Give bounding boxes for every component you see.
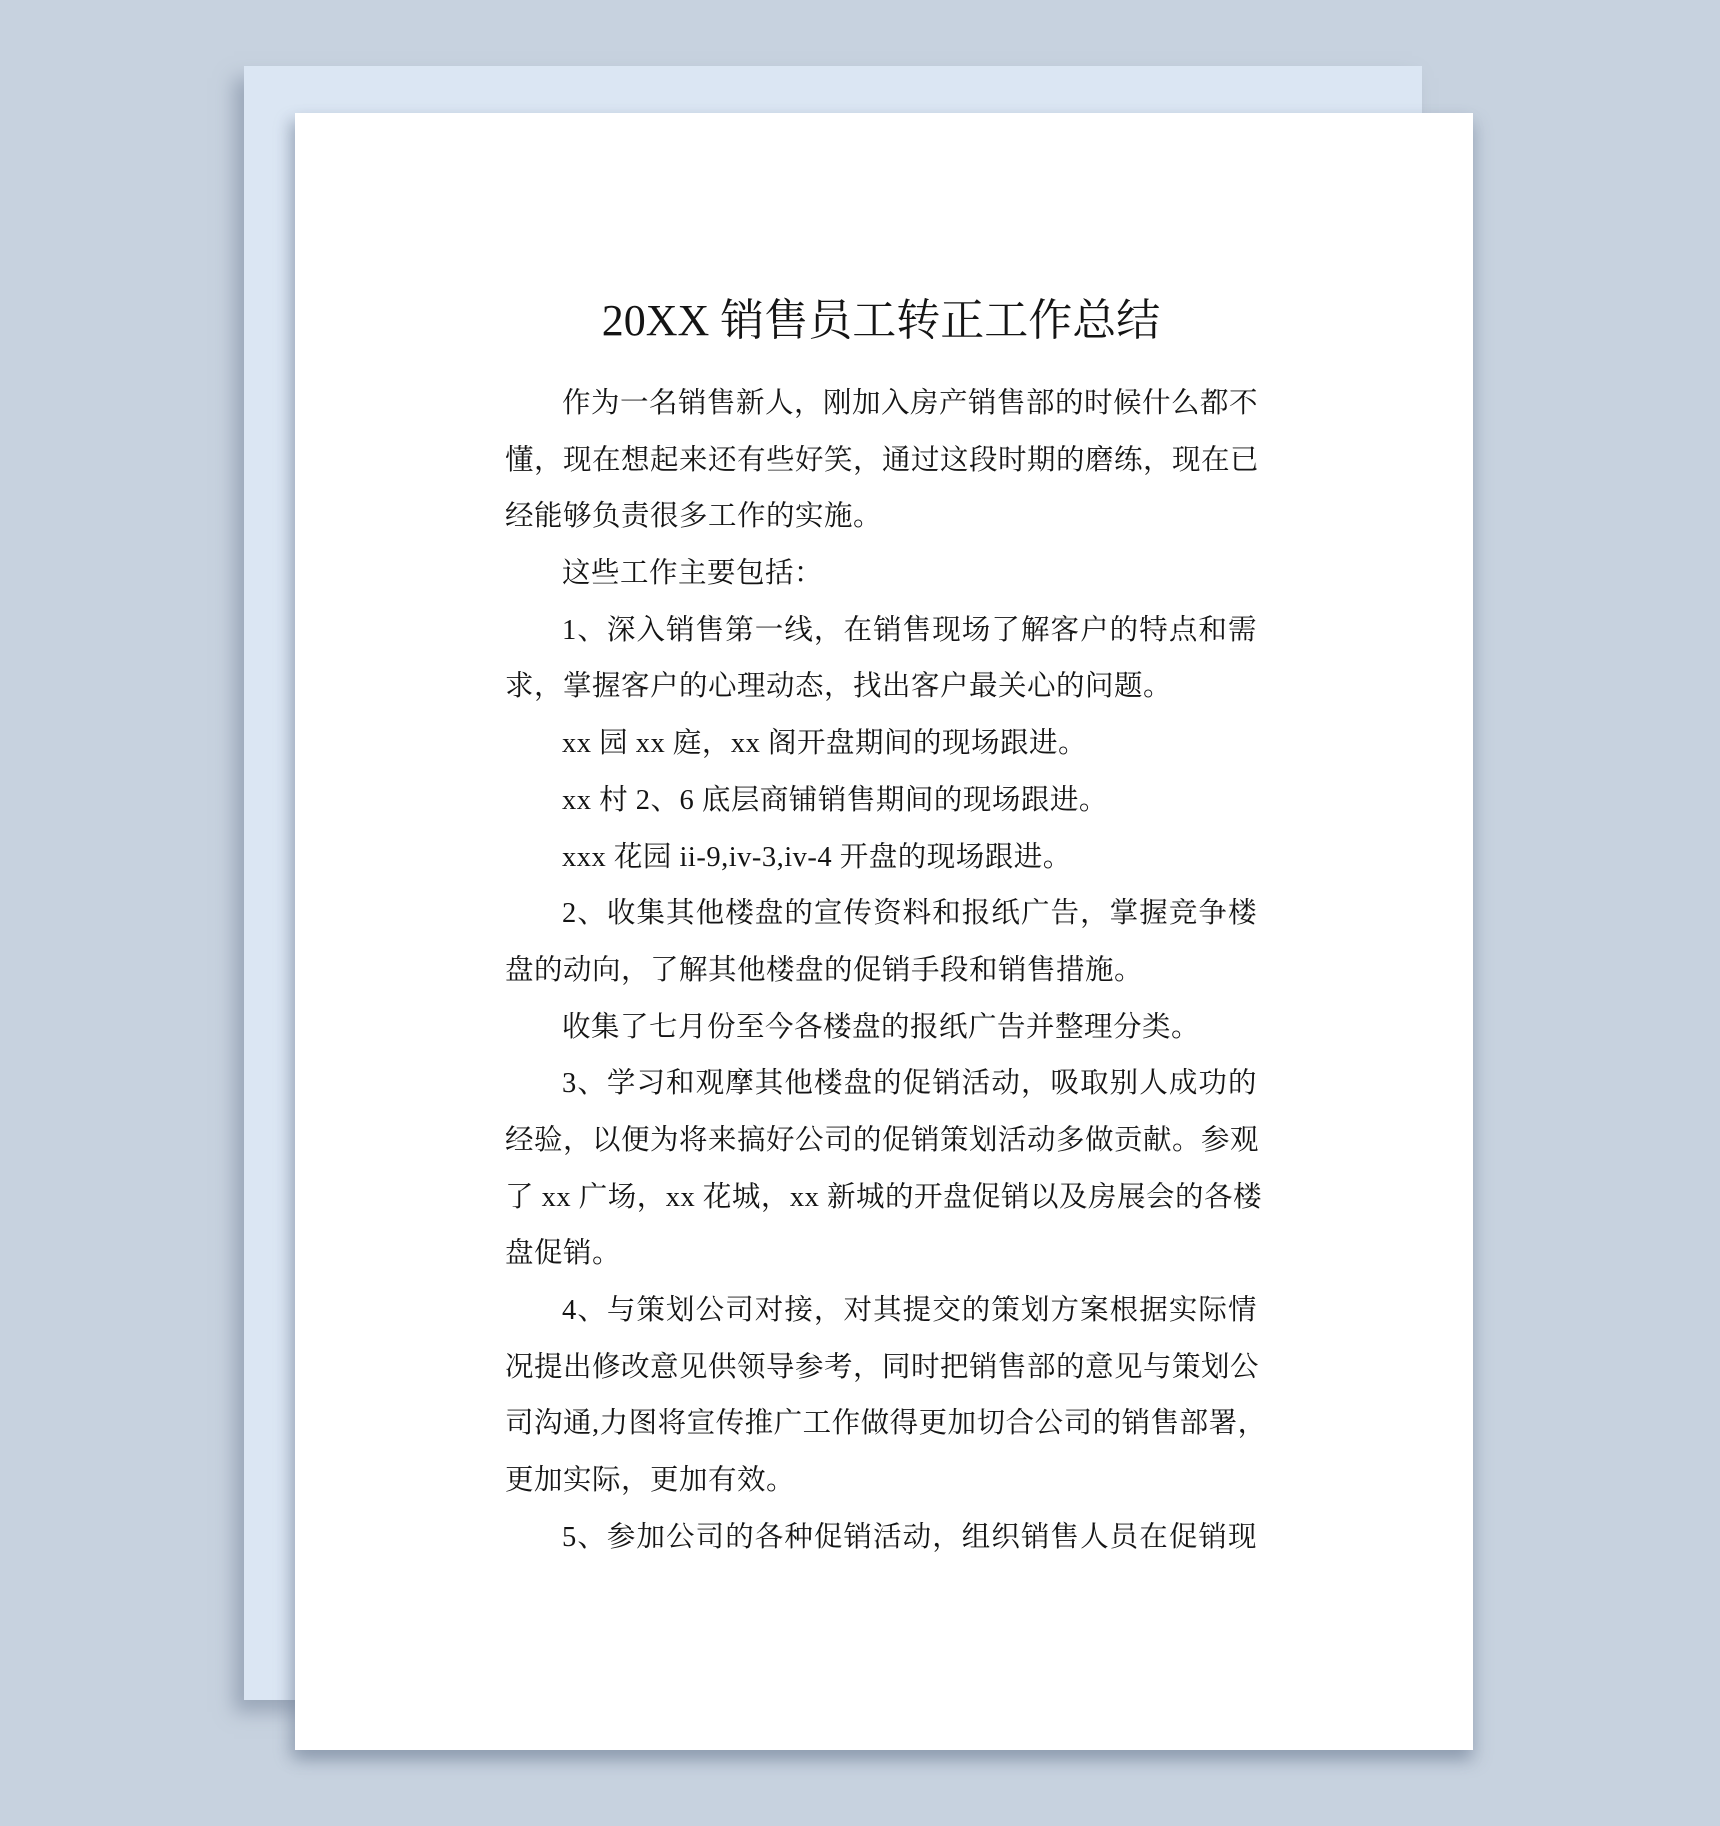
document-content: 20XX 销售员工转正工作总结 作为一名销售新人，刚加入房产销售部的时候什么都不… <box>505 291 1257 1566</box>
text-line: 了 xx 广场，xx 花城，xx 新城的开盘促销以及房展会的各楼 <box>505 1170 1257 1227</box>
text-line: xx 村 2、6 底层商铺销售期间的现场跟进。 <box>505 773 1257 830</box>
text-line: 1、深入销售第一线，在销售现场了解客户的特点和需 <box>505 603 1257 660</box>
text-line: 收集了七月份至今各楼盘的报纸广告并整理分类。 <box>505 1000 1257 1057</box>
document-body: 作为一名销售新人，刚加入房产销售部的时候什么都不懂，现在想起来还有些好笑，通过这… <box>505 376 1257 1566</box>
text-line: 3、学习和观摩其他楼盘的促销活动，吸取别人成功的 <box>505 1056 1257 1113</box>
text-line: 懂，现在想起来还有些好笑，通过这段时期的磨练，现在已 <box>505 433 1257 490</box>
text-line: 5、参加公司的各种促销活动，组织销售人员在促销现 <box>505 1510 1257 1567</box>
text-line: 求，掌握客户的心理动态，找出客户最关心的问题。 <box>505 659 1257 716</box>
text-line: 这些工作主要包括： <box>505 546 1257 603</box>
document-page: 20XX 销售员工转正工作总结 作为一名销售新人，刚加入房产销售部的时候什么都不… <box>295 113 1473 1750</box>
text-line: 盘促销。 <box>505 1226 1257 1283</box>
text-line: 经验，以便为将来搞好公司的促销策划活动多做贡献。参观 <box>505 1113 1257 1170</box>
text-line: xx 园 xx 庭，xx 阁开盘期间的现场跟进。 <box>505 716 1257 773</box>
text-line: 4、与策划公司对接，对其提交的策划方案根据实际情 <box>505 1283 1257 1340</box>
text-line: 盘的动向，了解其他楼盘的促销手段和销售措施。 <box>505 943 1257 1000</box>
text-line: 作为一名销售新人，刚加入房产销售部的时候什么都不 <box>505 376 1257 433</box>
text-line: 2、收集其他楼盘的宣传资料和报纸广告，掌握竞争楼 <box>505 886 1257 943</box>
text-line: 司沟通,力图将宣传推广工作做得更加切合公司的销售部署， <box>505 1396 1257 1453</box>
text-line: 更加实际，更加有效。 <box>505 1453 1257 1510</box>
text-line: 经能够负责很多工作的实施。 <box>505 489 1257 546</box>
document-title: 20XX 销售员工转正工作总结 <box>505 291 1257 351</box>
text-line: 况提出修改意见供领导参考，同时把销售部的意见与策划公 <box>505 1340 1257 1397</box>
text-line: xxx 花园 ii-9,iv-3,iv-4 开盘的现场跟进。 <box>505 830 1257 887</box>
